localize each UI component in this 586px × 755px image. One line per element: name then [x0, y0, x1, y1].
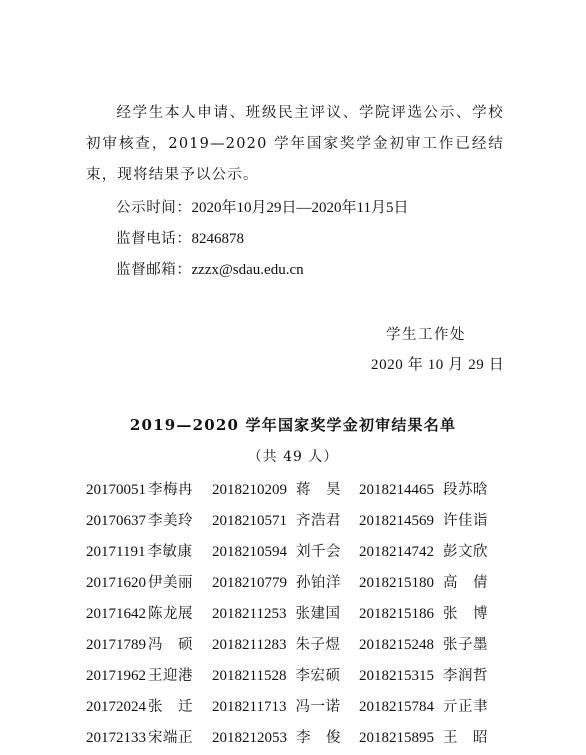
student-name: 段苏晗 [443, 482, 488, 498]
list-entry: 2018211528李宏硕 [212, 664, 340, 685]
student-name: 李宏硕 [295, 668, 340, 684]
student-name: 宋端正 [148, 730, 193, 746]
list-entry: 2018211283朱子煜 [212, 633, 340, 654]
student-name: 高 倩 [443, 575, 488, 591]
list-entry: 2018215315李润哲 [359, 664, 488, 685]
student-id: 2018215248 [359, 637, 434, 653]
student-id: 20171642 [86, 606, 146, 622]
student-name: 冯 硕 [148, 637, 193, 653]
student-id: 2018215180 [359, 575, 434, 591]
student-name: 张 迁 [148, 699, 193, 715]
student-name: 张 博 [443, 606, 488, 622]
list-entry: 20172024张 迁 [86, 695, 193, 716]
student-name: 李 俊 [296, 730, 341, 746]
list-entry: 2018211253张建国 [212, 602, 340, 623]
signature-department: 学生工作处 [386, 323, 466, 344]
list-entry: 20171191李敏康 [86, 540, 192, 561]
student-name: 亓正聿 [443, 699, 488, 715]
student-id: 2018211713 [212, 699, 286, 715]
student-id: 20171789 [86, 637, 146, 653]
list-entry: 20171962王迎港 [86, 664, 193, 685]
student-id: 20171191 [86, 544, 145, 560]
student-name: 蒋 昊 [296, 482, 341, 498]
student-name: 李润哲 [443, 668, 488, 684]
student-id: 2018211253 [212, 606, 286, 622]
student-id: 2018210779 [212, 575, 287, 591]
student-id: 20172024 [86, 699, 146, 715]
student-name: 孙铂洋 [296, 575, 341, 591]
student-id: 2018210571 [212, 513, 287, 529]
list-entry: 2018210779孙铂洋 [212, 571, 341, 592]
student-name: 王迎港 [148, 668, 193, 684]
list-entry: 2018215784亓正聿 [359, 695, 488, 716]
phone-line: 监督电话：8246878 [116, 229, 244, 249]
student-id: 2018214569 [359, 513, 434, 529]
student-id: 2018215784 [359, 699, 434, 715]
list-entry: 20171789冯 硕 [86, 633, 193, 654]
list-entry: 2018211713冯一诺 [212, 695, 340, 716]
student-name: 彭文欣 [443, 544, 488, 560]
student-id: 2018214742 [359, 544, 434, 560]
student-name: 张子墨 [443, 637, 488, 653]
list-entry: 20172133宋端正 [86, 726, 193, 747]
email-line: 监督邮箱：zzzx@sdau.edu.cn [116, 260, 304, 280]
student-name: 王 昭 [443, 730, 488, 746]
list-entry: 2018215248张子墨 [359, 633, 488, 654]
student-name: 刘千会 [296, 544, 341, 560]
student-id: 2018215186 [359, 606, 434, 622]
student-name: 伊美丽 [148, 575, 193, 591]
student-id: 2018215895 [359, 730, 434, 746]
list-entry: 2018214465段苏晗 [359, 478, 488, 499]
student-id: 2018211283 [212, 637, 286, 653]
student-name: 许佳诣 [443, 513, 488, 529]
student-name: 冯一诺 [295, 699, 340, 715]
student-name: 朱子煜 [295, 637, 340, 653]
student-id: 2018212053 [212, 730, 287, 746]
list-entry: 2018215895王 昭 [359, 726, 488, 747]
phone-label: 监督电话： [116, 231, 192, 247]
student-id: 2018215315 [359, 668, 434, 684]
student-name: 李美玲 [148, 513, 193, 529]
student-id: 20172133 [86, 730, 146, 746]
publicity-period-label: 公示时间： [116, 200, 192, 216]
email-value: zzzx@sdau.edu.cn [192, 262, 304, 278]
student-id: 20170051 [86, 482, 146, 498]
list-entry: 2018210209蒋 昊 [212, 478, 341, 499]
publicity-period-line: 公示时间：2020年10月29日—2020年11月5日 [116, 198, 408, 218]
notice-paragraph-text: 经学生本人申请、班级民主评议、学院评选公示、学校初审核查，2019—2020 学… [86, 105, 504, 183]
list-entry: 20170051李梅冉 [86, 478, 193, 499]
list-entry: 2018214569许佳诣 [359, 509, 488, 530]
document-page: 经学生本人申请、班级民主评议、学院评选公示、学校初审核查，2019—2020 学… [0, 0, 586, 755]
student-id: 20171962 [86, 668, 146, 684]
student-name: 齐浩君 [296, 513, 341, 529]
email-label: 监督邮箱： [116, 262, 192, 278]
list-entry: 20170637李美玲 [86, 509, 193, 530]
list-entry: 2018214742彭文欣 [359, 540, 488, 561]
list-entry: 2018210571齐浩君 [212, 509, 341, 530]
signature-date: 2020 年 10 月 29 日 [371, 353, 504, 374]
student-name: 陈龙展 [148, 606, 193, 622]
list-subtitle: （共 49 人） [0, 446, 586, 466]
list-title: 2019—2020 学年国家奖学金初审结果名单 [0, 414, 586, 435]
student-name: 张建国 [295, 606, 340, 622]
list-entry: 2018215180高 倩 [359, 571, 488, 592]
student-name: 李敏康 [147, 544, 192, 560]
student-id: 2018210209 [212, 482, 287, 498]
list-entry: 2018212053李 俊 [212, 726, 341, 747]
publicity-period-value: 2020年10月29日—2020年11月5日 [192, 200, 409, 216]
notice-paragraph: 经学生本人申请、班级民主评议、学院评选公示、学校初审核查，2019—2020 学… [86, 98, 504, 191]
student-id: 20171620 [86, 575, 146, 591]
list-entry: 2018210594刘千会 [212, 540, 341, 561]
student-id: 2018211528 [212, 668, 286, 684]
list-entry: 20171620伊美丽 [86, 571, 193, 592]
student-id: 20170637 [86, 513, 146, 529]
phone-value: 8246878 [192, 231, 245, 247]
student-name: 李梅冉 [148, 482, 193, 498]
list-entry: 20171642陈龙展 [86, 602, 193, 623]
student-id: 2018210594 [212, 544, 287, 560]
student-id: 2018214465 [359, 482, 434, 498]
list-entry: 2018215186张 博 [359, 602, 488, 623]
